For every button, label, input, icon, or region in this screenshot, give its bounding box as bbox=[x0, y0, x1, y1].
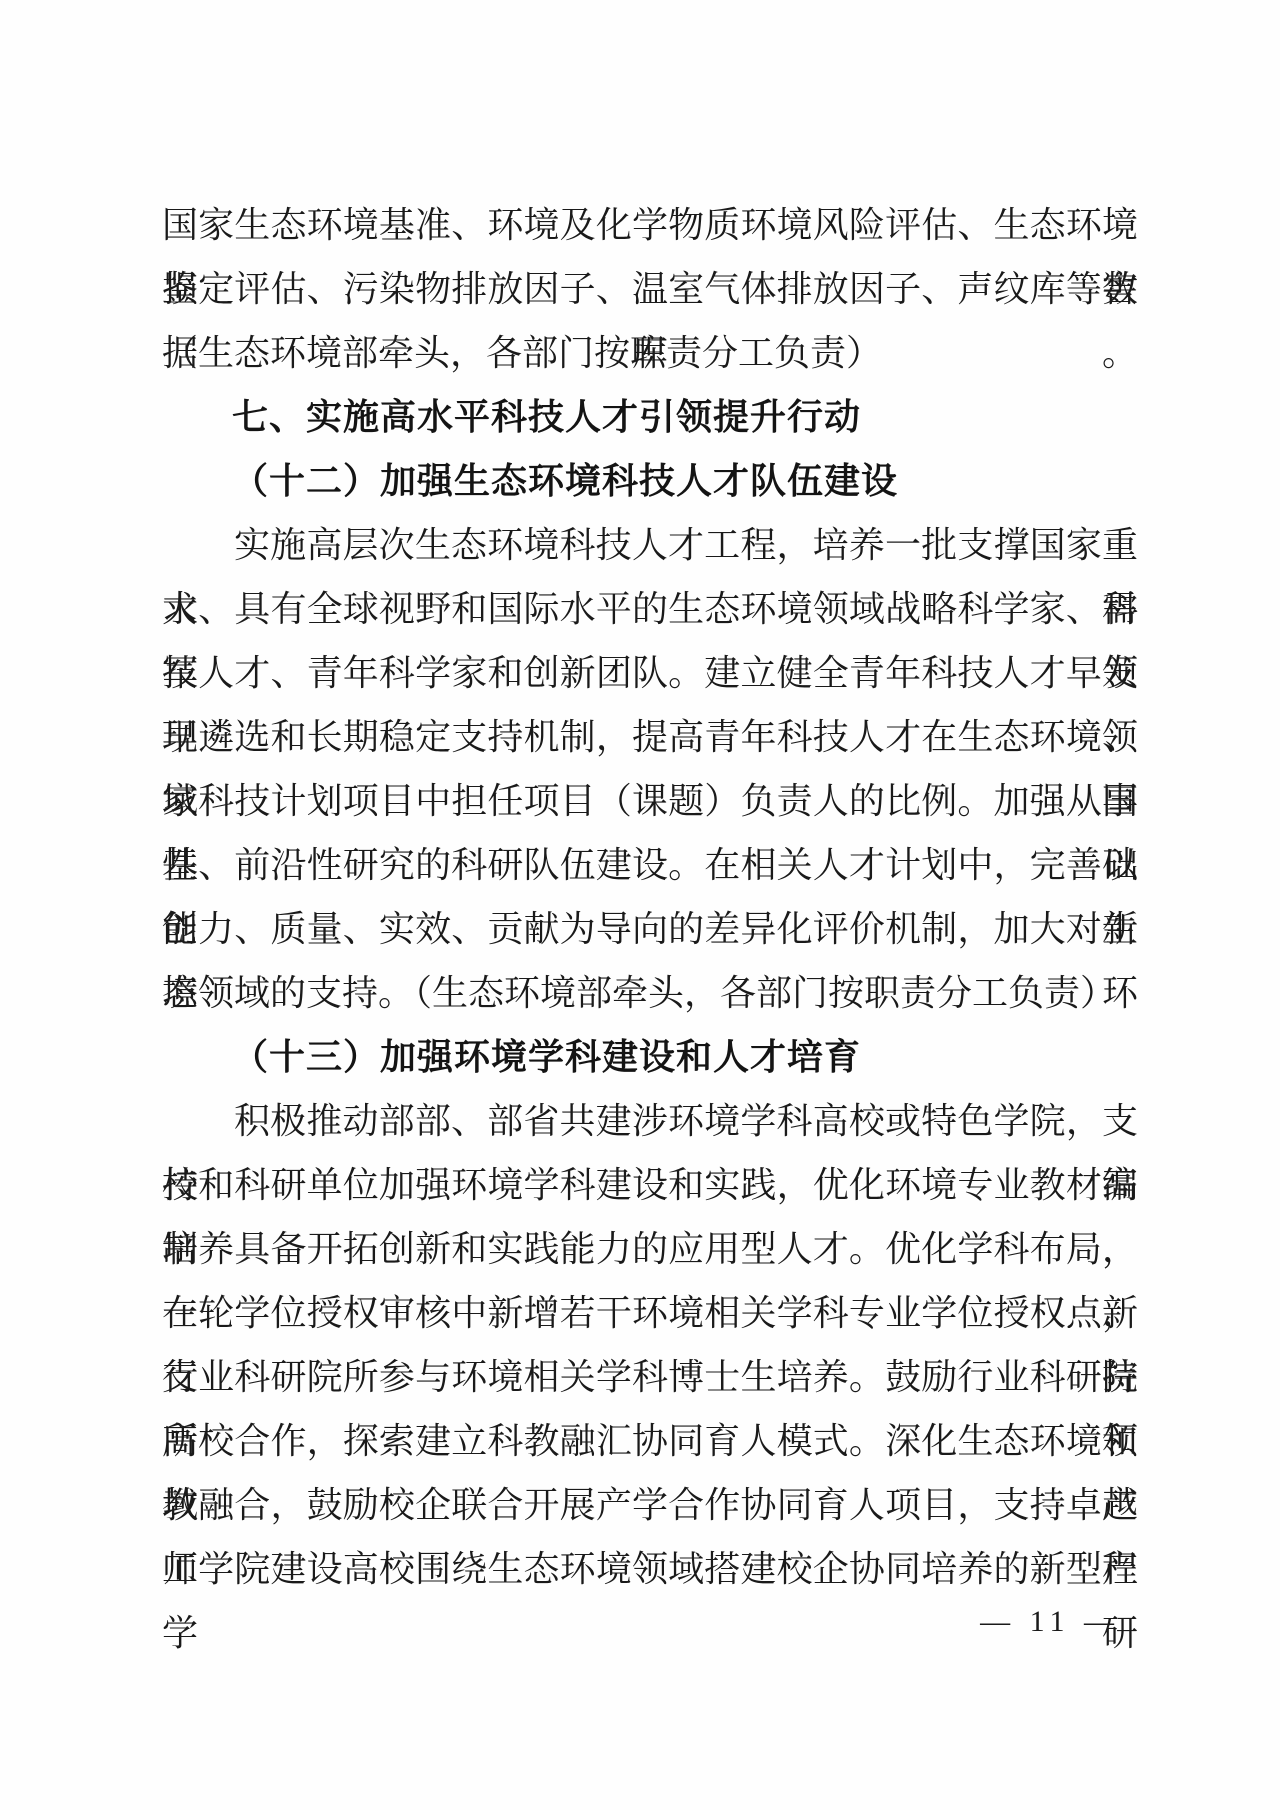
text-line: 能力、质量、实效、贡献为导向的差异化评价机制，加大对生态环 bbox=[162, 897, 1138, 961]
text-line: 行业科研院所参与环境相关学科博士生培养。鼓励行业科研院所和 bbox=[162, 1345, 1138, 1409]
section-heading: （十二）加强生态环境科技人才队伍建设 bbox=[162, 449, 1138, 513]
text-line: 实施高层次生态环境科技人才工程，培养一批支撑国家重大需 bbox=[162, 513, 1138, 577]
text-line: 校和科研单位加强环境学科建设和实践，优化环境专业教材编制， bbox=[162, 1153, 1138, 1217]
text-line: 军人才、青年科学家和创新团队。建立健全青年科技人才早发现、 bbox=[162, 641, 1138, 705]
text-line: 家科技计划项目中担任项目（课题）负责人的比例。加强从事基础 bbox=[162, 769, 1138, 833]
text-line: 求、具有全球视野和国际水平的生态环境领域战略科学家、科技领 bbox=[162, 577, 1138, 641]
text-line: 高校合作，探索建立科教融汇协同育人模式。深化生态环境领域产 bbox=[162, 1409, 1138, 1473]
document-body: 国家生态环境基准、环境及化学物质环境风险评估、生态环境损害鉴定评估、污染物排放因… bbox=[162, 193, 1138, 1601]
text-line: 积极推动部部、部省共建涉环境学科高校或特色学院，支持高 bbox=[162, 1089, 1138, 1153]
text-line: 教融合，鼓励校企联合开展产学合作协同育人项目，支持卓越工程 bbox=[162, 1473, 1138, 1537]
section-heading: （十三）加强环境学科建设和人才培育 bbox=[162, 1025, 1138, 1089]
page-number: — 11 — bbox=[980, 1602, 1120, 1642]
text-line: 鉴定评估、污染物排放因子、温室气体排放因子、声纹库等数据库。 bbox=[162, 257, 1138, 321]
section-heading: 七、实施高水平科技人才引领提升行动 bbox=[162, 385, 1138, 449]
text-line: 性、前沿性研究的科研队伍建设。在相关人才计划中，完善以创新 bbox=[162, 833, 1138, 897]
text-line: 国家生态环境基准、环境及化学物质环境风险评估、生态环境损害 bbox=[162, 193, 1138, 257]
text-line: 师学院建设高校围绕生态环境领域搭建校企协同培养的新型产学研 bbox=[162, 1537, 1138, 1601]
text-line: 早遴选和长期稳定支持机制，提高青年科技人才在生态环境领域国 bbox=[162, 705, 1138, 769]
text-line: 一轮学位授权审核中新增若干环境相关学科专业学位授权点，支持 bbox=[162, 1281, 1138, 1345]
text-line: 培养具备开拓创新和实践能力的应用型人才。优化学科布局，在新 bbox=[162, 1217, 1138, 1281]
text-line: 境领域的支持。（生态环境部牵头，各部门按职责分工负责） bbox=[162, 961, 1138, 1025]
document-page: 国家生态环境基准、环境及化学物质环境风险评估、生态环境损害鉴定评估、污染物排放因… bbox=[0, 0, 1280, 1810]
